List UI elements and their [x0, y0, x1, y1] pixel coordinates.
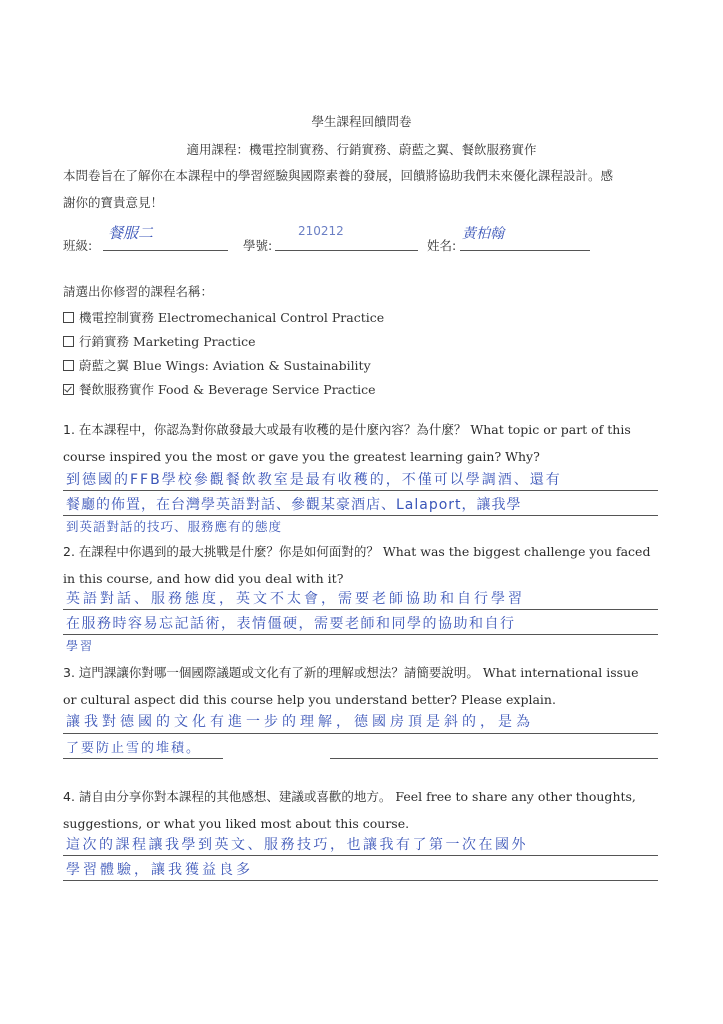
student-id-field[interactable]	[275, 236, 418, 251]
course-option-blue-wings[interactable]: 蔚藍之翼 Blue Wings: Aviation & Sustainabili…	[63, 356, 371, 374]
answer-3-line-1[interactable]	[63, 733, 658, 734]
checkbox[interactable]	[63, 360, 74, 371]
student-id-label: 學號:	[243, 236, 272, 254]
course-option-food-beverage[interactable]: 餐飲服務實作 Food & Beverage Service Practice	[63, 380, 376, 398]
answer-2-text-2: 在服務時容易忘記話術，表情僵硬，需要老師和同學的協助和自行	[66, 613, 516, 633]
answer-2-text-3: 學習	[66, 637, 94, 654]
answer-3-text-1: 讓我對德國的文化有進一步的理解，德國房頂是斜的，是為	[66, 711, 534, 731]
student-id-value: 210212	[298, 224, 344, 238]
answer-2-line-2[interactable]	[63, 634, 658, 635]
answer-4-text-1: 這次的課程讓我學到英文、服務技巧，也讓我有了第一次在國外	[66, 834, 528, 854]
question-1: 1. 在本課程中，你認為對你啟發最大或最有收穫的是什麼內容？為什麼？ What …	[63, 416, 663, 470]
question-2: 2. 在課程中你遇到的最大挑戰是什麼？你是如何面對的？ What was the…	[63, 538, 663, 592]
answer-1-text-2: 餐廳的佈置，在台灣學英語對話、參觀某豪酒店、Lalaport，讓我學	[66, 494, 522, 514]
intro-line-1: 本問卷旨在了解你在本課程中的學習經驗與國際素養的發展，回饋將協助我們未來優化課程…	[63, 162, 663, 189]
question-4: 4. 請自由分享你對本課程的其他感想、建議或喜歡的地方。 Feel free t…	[63, 783, 663, 837]
answer-1-line-1[interactable]	[63, 490, 658, 491]
intro-line-2: 謝你的寶貴意見！	[63, 189, 663, 216]
question-3: 3. 這門課讓你對哪一個國際議題或文化有了新的理解或想法？請簡要說明。 What…	[63, 659, 663, 713]
form-subtitle: 適用課程：機電控制實務、行銷實務、蔚藍之翼、餐飲服務實作	[0, 140, 723, 158]
answer-1-text-1: 到德國的FFB學校參觀餐飲教室是最有收穫的，不僅可以學調酒、還有	[66, 469, 562, 489]
answer-2-line-1[interactable]	[63, 609, 658, 610]
answer-1-line-2[interactable]	[63, 515, 658, 516]
answer-4-line-2[interactable]	[63, 880, 658, 881]
checkbox-checked[interactable]	[63, 384, 74, 395]
class-label: 班級:	[63, 236, 92, 254]
course-select-prompt: 請選出你修習的課程名稱：	[63, 282, 213, 300]
answer-4-text-2: 學習體驗，讓我獲益良多	[66, 859, 253, 879]
form-title: 學生課程回饋問卷	[0, 112, 723, 130]
answer-2-text-1: 英語對話、服務態度，英文不太會，需要老師協助和自行學習	[66, 588, 525, 608]
form-intro: 本問卷旨在了解你在本課程中的學習經驗與國際素養的發展，回饋將協助我們未來優化課程…	[63, 162, 663, 216]
answer-4-line-1[interactable]	[63, 855, 658, 856]
checkbox[interactable]	[63, 312, 74, 323]
name-label: 姓名:	[427, 236, 456, 254]
course-option-electromechanical[interactable]: 機電控制實務 Electromechanical Control Practic…	[63, 308, 384, 326]
answer-3-text-2: 了要防止雪的堆積。	[66, 737, 201, 756]
student-info-row: 班級: 餐服二 學號: 210212 姓名: 黃柏翰	[63, 224, 663, 254]
answer-1-text-3: 到英語對話的技巧、服務應有的態度	[66, 517, 282, 535]
course-option-marketing[interactable]: 行銷實務 Marketing Practice	[63, 332, 255, 350]
answer-3-line-2a[interactable]	[63, 758, 223, 759]
name-value: 黃柏翰	[462, 223, 504, 243]
answer-3-line-2b[interactable]	[330, 758, 658, 759]
checkbox[interactable]	[63, 336, 74, 347]
class-value: 餐服二	[108, 222, 153, 243]
